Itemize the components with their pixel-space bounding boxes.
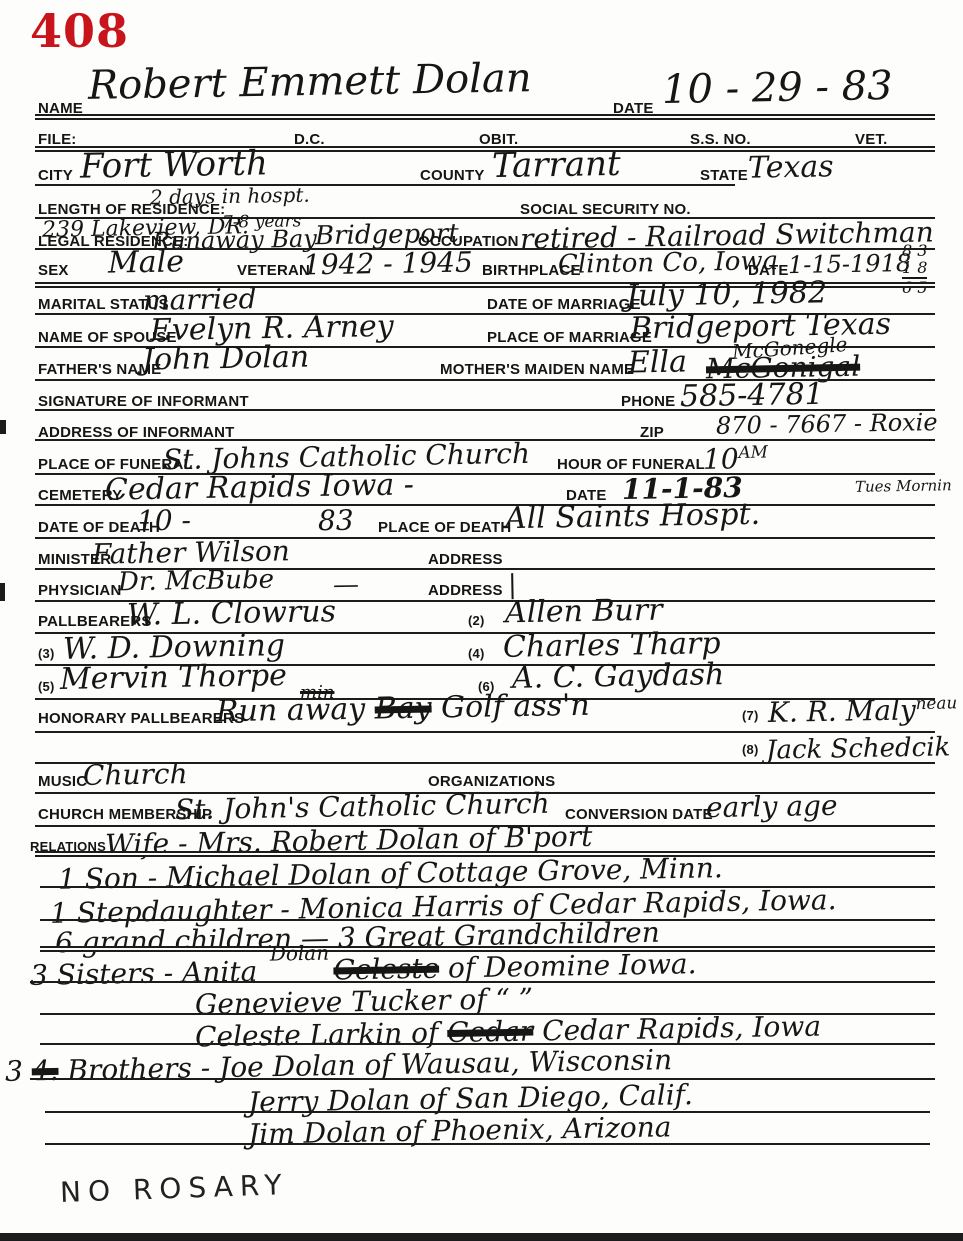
- honorary-8-number: (8): [742, 742, 759, 757]
- pallbearer-2-number: (2): [468, 613, 485, 628]
- honorary-7-number: (7): [742, 708, 759, 723]
- honorary-8: Jack Schedcik: [766, 734, 951, 763]
- honorary-pallbearers-label: HONORARY PALLBEARERS: [38, 710, 244, 727]
- pallbearer-3-number: (3): [38, 646, 55, 661]
- church-membership-value: St. John's Catholic Church: [175, 790, 550, 825]
- marital-status-value: married: [143, 285, 257, 315]
- date-of-death-value: 10 -: [137, 507, 191, 536]
- scan-edge-mark: [0, 583, 5, 601]
- social-security-label: SOCIAL SECURITY NO.: [520, 201, 691, 218]
- sex-value: Male: [108, 247, 184, 278]
- honorary-7: K. R. Malyneau: [768, 694, 958, 727]
- conversion-date-value: early age: [706, 792, 838, 822]
- minister-address-label: ADDRESS: [428, 551, 503, 568]
- music-value: Church: [83, 760, 188, 790]
- father-name-value: John Dolan: [142, 343, 310, 376]
- place-of-death-value: All Saints Hospt.: [505, 500, 761, 534]
- age-calc-mid: 1 8: [902, 260, 927, 277]
- physician-label: PHYSICIAN: [38, 582, 121, 599]
- signature-of-informant-label: SIGNATURE OF INFORMANT: [38, 393, 249, 410]
- informant-phone-note: 870 - 7667 - Roxie: [716, 410, 938, 438]
- age-calculation-note: 8 3 1 8 6 5: [902, 243, 927, 296]
- name-value: Robert Emmett Dolan: [88, 58, 532, 106]
- state-value: Texas: [748, 152, 834, 183]
- hour-of-funeral-value: 10AM: [703, 443, 768, 473]
- physician-address-mark: |: [508, 572, 517, 598]
- pallbearer-5: Mervin Thorpe: [60, 661, 287, 695]
- mother-maiden-name-value: Ella: [628, 347, 687, 378]
- physician-dash: —: [333, 572, 359, 598]
- rule-line: [35, 114, 935, 120]
- birthdate-value: 1-15-1918: [788, 251, 912, 277]
- county-value: Tarrant: [492, 147, 621, 183]
- page-number-stamp: 408: [30, 4, 129, 58]
- date-of-marriage-value: July 10, 1982: [626, 278, 828, 312]
- relations-struck-word: 4.: [31, 1054, 58, 1087]
- hour-of-funeral-label: HOUR OF FUNERAL: [557, 456, 705, 473]
- phone-label: PHONE: [621, 393, 675, 410]
- sex-label: SEX: [38, 262, 69, 279]
- scanned-funeral-record-page: 408 NAME Robert Emmett Dolan DATE 10 - 2…: [0, 0, 963, 1241]
- cemetery-value: Cedar Rapids Iowa -: [105, 470, 414, 505]
- pallbearer-1: W. L. Clowrus: [127, 597, 337, 631]
- scan-bottom-edge: [0, 1233, 963, 1241]
- honorary-value: Run away Bay Golf ass'n: [216, 691, 590, 728]
- rule-line: [35, 184, 735, 186]
- burial-margin-note: Tues Mornin: [855, 478, 952, 495]
- city-label: CITY: [38, 167, 73, 184]
- hour-am-suffix: AM: [738, 441, 768, 462]
- place-of-death-label: PLACE OF DEATH: [378, 519, 511, 536]
- city-value: Fort Worth: [80, 146, 268, 183]
- veteran-label: VETERAN: [237, 262, 310, 279]
- rule-line: [35, 731, 935, 733]
- music-label: MUSIC: [38, 773, 87, 790]
- rule-line: [40, 1043, 935, 1045]
- no-rosary-note: NO ROSARY: [59, 1168, 289, 1209]
- relations-line: 3 Sisters - Anita DolanCeleste of Deomin…: [30, 950, 697, 990]
- physician-address-label: ADDRESS: [428, 582, 503, 599]
- honorary-struck-word: Bay: [374, 691, 431, 727]
- date-value: 10 - 29 - 83: [662, 66, 893, 110]
- pallbearer-5-number: (5): [38, 679, 55, 694]
- mother-maiden-name-label: MOTHER'S MAIDEN NAME: [440, 361, 634, 378]
- state-label: STATE: [700, 167, 748, 184]
- physician-value: Dr. McBube: [118, 567, 274, 596]
- scan-edge-mark: [0, 420, 6, 434]
- rule-line: [45, 1143, 930, 1145]
- county-label: COUNTY: [420, 167, 485, 184]
- veteran-value: 1942 - 1945: [303, 249, 473, 280]
- relations-correction-note: Dolan: [270, 943, 330, 964]
- rule-line: [30, 1078, 935, 1080]
- pallbearer-2: Allen Burr: [505, 596, 663, 629]
- place-of-marriage-label: PLACE OF MARRIAGE: [487, 329, 652, 346]
- date-of-death-year: 83: [318, 507, 354, 536]
- birthplace-value: Clinton Co, Iowa: [558, 248, 779, 278]
- pallbearer-4-number: (4): [468, 646, 485, 661]
- date-of-marriage-label: DATE OF MARRIAGE: [487, 296, 641, 313]
- phone-value: 585-4781: [680, 380, 824, 413]
